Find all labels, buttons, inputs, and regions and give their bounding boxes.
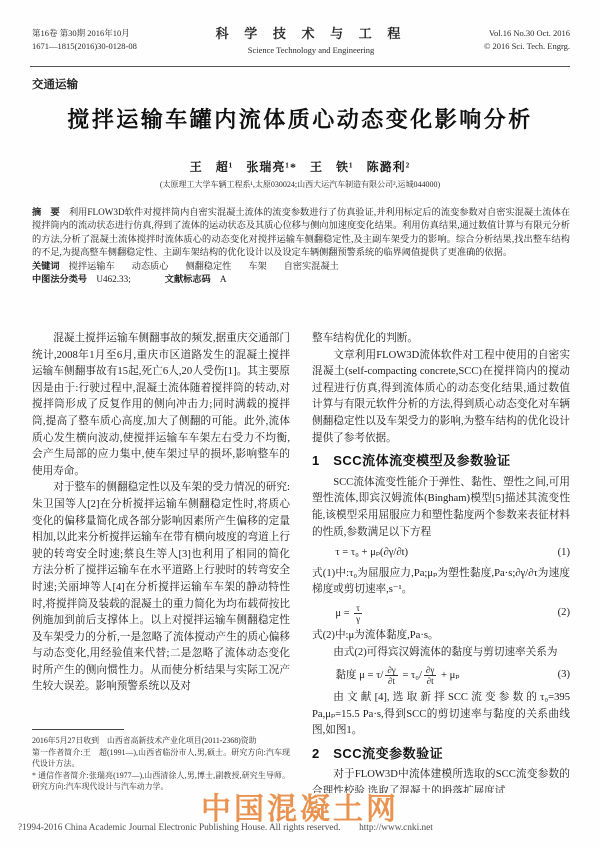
keyword: 搅拌运输车	[69, 261, 115, 271]
left-column: 混凝土搅拌运输车侧翻事故的频发,据重庆交通部门统计,2008年1月至6月,重庆市…	[32, 331, 290, 793]
fraction-numerator: ∂γ	[424, 665, 436, 676]
footnote-received-funding: 2016年5月27日收到 山西省高新技术产业化项目(2011-2368)资助	[32, 735, 290, 747]
issn-article-code: 1671—1815(2016)30-0128-08	[32, 40, 202, 53]
equation-2-lhs: μ =	[335, 608, 352, 619]
abstract-text: 利用FLOW3D软件对搅拌筒内自密实混凝土流体的流变参数进行了仿真验证,并利用标…	[32, 207, 570, 257]
equation-3-seg1: 黏度 μ = τ/	[335, 670, 383, 681]
journal-title-en: Science Technology and Engineering	[202, 44, 420, 57]
body-columns: 混凝土搅拌运输车侧翻事故的频发,据重庆交通部门统计,2008年1月至6月,重庆市…	[32, 331, 570, 793]
keyword: 车架	[248, 261, 266, 271]
fraction-numerator: τ	[354, 603, 362, 614]
equation-3-seg2: = τ₀/	[400, 670, 422, 681]
journal-header: 第16卷 第30期 2016年10月 1671—1815(2016)30-012…	[32, 27, 570, 57]
doc-code-value: A	[220, 274, 227, 284]
keyword: 动态质心	[132, 261, 169, 271]
doc-code-label: 文献标志码	[165, 274, 211, 284]
paragraph: 整车结构优化的判断。	[312, 331, 570, 348]
paper-page: 第16卷 第30期 2016年10月 1671—1815(2016)30-012…	[0, 0, 600, 848]
fraction: ∂γ∂t	[424, 665, 436, 686]
equation-1-number: (1)	[558, 545, 570, 562]
equation-2-number: (2)	[558, 605, 570, 622]
front-matter: 摘 要 利用FLOW3D软件对搅拌筒内自密实混凝土流体的流变参数进行了仿真验证,…	[32, 206, 570, 286]
clc-value: U462.33;	[96, 274, 130, 284]
fraction-denominator: γ	[354, 614, 362, 624]
footnote-first-author-bio: 第一作者简介:王 超(1991—),山西省临汾市人,男,硕士。研究方向:汽车现代…	[32, 747, 290, 770]
fraction-numerator: ∂γ	[385, 665, 397, 676]
section-label: 交通运输	[32, 76, 78, 92]
paragraph: 式(2)中:μ为流体黏度,Pa·s。	[312, 628, 570, 645]
abstract-label: 摘 要	[32, 207, 60, 217]
journal-header-right: Vol.16 No.30 Oct. 2016 © 2016 Sci. Tech.…	[420, 27, 570, 53]
equation-1: τ = τ₀ + μₚ(∂γ/∂t) (1)	[312, 545, 570, 562]
fraction-denominator: ∂t	[385, 676, 397, 686]
paragraph: 文章利用FLOW3D流体软件对工程中使用的自密实混凝土(self-compact…	[312, 348, 570, 448]
clc-line: 中图法分类号 U462.33;文献标志码 A	[32, 273, 570, 286]
footnote-divider	[32, 729, 124, 730]
journal-title-cn: 科 学 技 术 与 工 程	[202, 27, 420, 41]
author-line: 王 超¹ 张瑞亮¹* 王 铁¹ 陈潞利²	[0, 158, 600, 175]
fraction: τγ	[354, 603, 362, 624]
journal-copyright: © 2016 Sci. Tech. Engrg.	[420, 40, 570, 53]
paragraph: 式(1)中:τ₀为屈服应力,Pa;μₚ为塑性黏度,Pa·s;∂γ/∂τ为速度梯度…	[312, 566, 570, 599]
paragraph: SCC流体流变性能介于弹性、黏性、塑性之间,可用塑性流体,即宾汉姆流体(Bing…	[312, 475, 570, 541]
article-title: 搅拌运输车罐内流体质心动态变化影响分析	[0, 103, 600, 134]
equation-3-seg3: + μₚ	[438, 670, 459, 681]
equation-3-number: (3)	[558, 667, 570, 684]
keyword: 自密实混凝土	[284, 261, 339, 271]
equation-1-body: τ = τ₀ + μₚ(∂γ/∂t)	[312, 545, 558, 562]
paragraph: 对于整车的侧翻稳定性以及车架的受力情况的研究:朱卫国等人[2]在分析搅拌运输车侧…	[32, 480, 290, 696]
equation-2: μ = τγ (2)	[312, 603, 570, 624]
volume-issue-date: 第16卷 第30期 2016年10月	[32, 27, 202, 40]
right-column: 整车结构优化的判断。 文章利用FLOW3D流体软件对工程中使用的自密实混凝土(s…	[312, 331, 570, 793]
fraction-denominator: ∂t	[424, 676, 436, 686]
clc-label: 中图法分类号	[32, 274, 87, 284]
header-divider	[30, 66, 570, 67]
section-heading-1: 1 SCC流体流变模型及参数验证	[312, 453, 570, 470]
keywords-label: 关键词	[32, 261, 60, 271]
paragraph: 由式(2)可得宾汉姆流体的黏度与剪切速率关系为	[312, 645, 570, 662]
keyword: 侧翻稳定性	[185, 261, 231, 271]
keywords-line: 关键词 搅拌运输车动态质心侧翻稳定性车架自密实混凝土	[32, 260, 570, 273]
vol-no-date-en: Vol.16 No.30 Oct. 2016	[420, 27, 570, 40]
equation-2-body: μ = τγ	[312, 603, 558, 624]
equation-3-body: 黏度 μ = τ/∂γ∂t = τ₀/∂γ∂t + μₚ	[312, 665, 558, 686]
section-heading-2: 2 SCC流变参数验证	[312, 746, 570, 763]
affiliation-line: (太原理工大学车辆工程系¹,太原030024;山西大运汽车制造有限公司²,运城0…	[0, 179, 600, 190]
paragraph: 混凝土搅拌运输车侧翻事故的频发,据重庆交通部门统计,2008年1月至6月,重庆市…	[32, 331, 290, 480]
journal-header-center: 科 学 技 术 与 工 程 Science Technology and Eng…	[202, 27, 420, 57]
fraction: ∂γ∂t	[385, 665, 397, 686]
paragraph: 由文献[4],选取新拌SCC流变参数的τ₀=395 Pa,μₚ=15.5 Pa·…	[312, 690, 570, 740]
abstract-paragraph: 摘 要 利用FLOW3D软件对搅拌筒内自密实混凝土流体的流变参数进行了仿真验证,…	[32, 206, 570, 260]
copyright-footer: ?1994-2016 China Academic Journal Electr…	[18, 819, 586, 833]
equation-3: 黏度 μ = τ/∂γ∂t = τ₀/∂γ∂t + μₚ (3)	[312, 665, 570, 686]
journal-header-left: 第16卷 第30期 2016年10月 1671—1815(2016)30-012…	[32, 27, 202, 53]
